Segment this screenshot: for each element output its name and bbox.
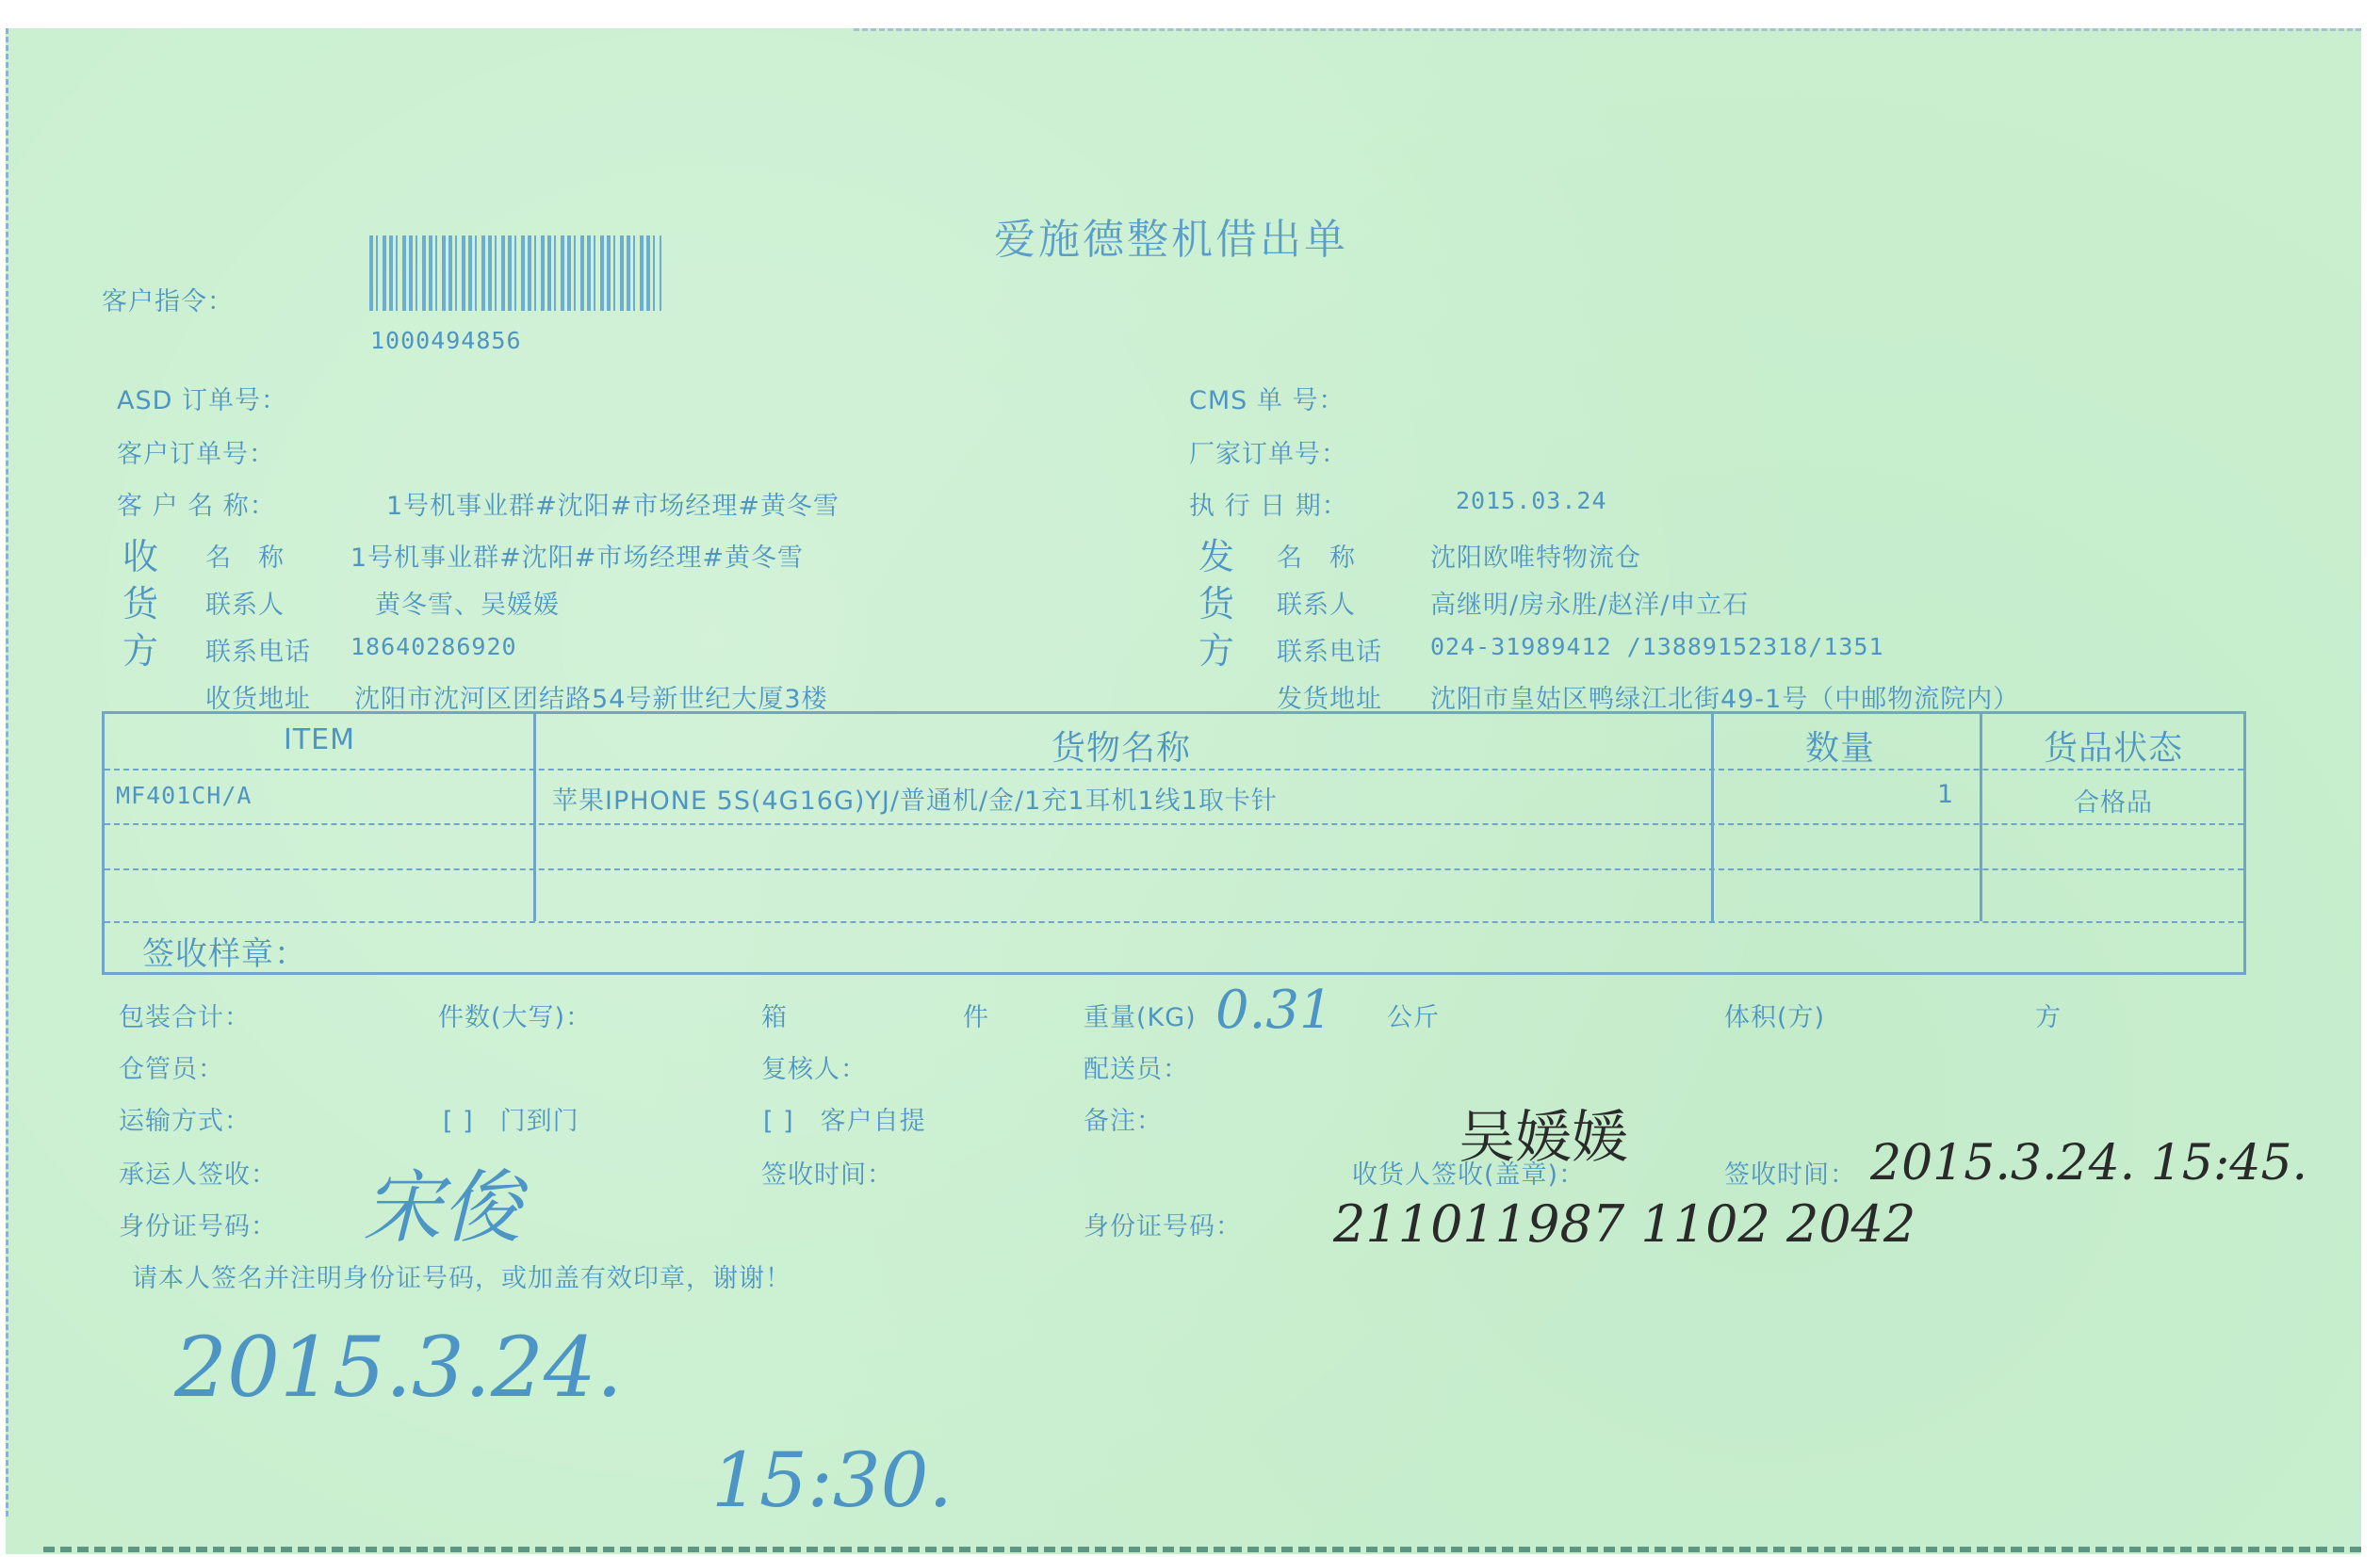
door-to-door-option[interactable]: [ ] 门到门 [443, 1100, 579, 1137]
sender-name-label: 名 称 [1277, 537, 1356, 574]
reviewer-label: 复核人： [761, 1048, 867, 1085]
receiver-address-value: 沈阳市沈河区团结路54号新世纪大厦3楼 [354, 678, 828, 715]
sender-contact-label: 联系人 [1277, 584, 1356, 621]
table-divider [105, 921, 2243, 923]
customer-instruction-number: 1000494856 [370, 327, 522, 354]
cms-order-label: CMS 单 号： [1189, 380, 1345, 416]
table-cell-status: 合格品 [2074, 782, 2153, 819]
receiver-side-char-1: 收 [122, 527, 159, 579]
sender-contact-value: 高继明/房永胜/赵洋/申立石 [1430, 584, 1749, 621]
carrier-signature: 宋俊 [363, 1144, 521, 1258]
table-col-divider [1980, 714, 1982, 921]
receiver-name-value: 1号机事业群#沈阳#市场经理#黄冬雪 [350, 537, 804, 574]
barcode [369, 235, 661, 311]
receiver-sign-time-label: 签收时间： [1724, 1154, 1856, 1191]
goods-table: ITEM 货物名称 数量 货品状态 MF401CH/A 苹果IPHONE 5S(… [102, 711, 2246, 975]
sender-address-label: 发货地址 [1277, 678, 1382, 715]
weight-unit: 公斤 [1387, 997, 1440, 1033]
stamp-label: 签收样章： [142, 928, 307, 974]
asd-order-label: ASD 订单号： [117, 380, 287, 416]
sender-address-value: 沈阳市皇姑区鸭绿江北街49-1号（中邮物流院内） [1430, 678, 2019, 715]
receiver-contact-label: 联系人 [205, 584, 285, 621]
carrier-sign-label: 承运人签收： [119, 1154, 277, 1191]
self-pickup-option[interactable]: [ ] 客户自提 [763, 1100, 926, 1137]
receiver-sign-time-value: 2015.3.24. 15:45. [1870, 1135, 2307, 1192]
volume-unit: 方 [2035, 997, 2062, 1033]
table-col-divider [533, 714, 536, 921]
receiver-id-value: 211011987 1102 2042 [1333, 1194, 1915, 1254]
table-header-item: ITEM [284, 723, 355, 756]
signature-notice: 请本人签名并注明身份证号码，或加盖有效印章，谢谢！ [132, 1257, 791, 1294]
receiver-address-label: 收货地址 [205, 678, 311, 715]
sender-name-value: 沈阳欧唯特物流仓 [1430, 537, 1641, 574]
table-col-divider [1711, 714, 1714, 921]
piece-label: 件 [963, 997, 989, 1033]
box-label: 箱 [761, 997, 788, 1033]
piece-count-label: 件数(大写)： [438, 997, 592, 1033]
weight-label: 重量(KG) [1084, 997, 1197, 1033]
warehouse-keeper-label: 仓管员： [119, 1048, 224, 1085]
transport-label: 运输方式： [119, 1100, 251, 1137]
receiver-name-label: 名 称 [205, 537, 285, 574]
receiver-side-char-2: 货 [122, 575, 159, 626]
perforation-left [6, 28, 8, 1516]
table-header-goods-name: 货物名称 [1051, 722, 1191, 770]
document-title: 爱施德整机借出单 [994, 205, 1348, 266]
sender-side-char-3: 方 [1198, 622, 1235, 673]
handwritten-time: 15:30. [711, 1436, 953, 1524]
carrier-id-label: 身份证号码： [119, 1206, 277, 1242]
handwritten-date: 2015.3.24. [174, 1319, 623, 1416]
customer-name-label: 客 户 名 称： [117, 485, 276, 522]
weight-value: 0.31 [1215, 980, 1333, 1041]
table-cell-goods-name: 苹果IPHONE 5S(4G16G)YJ/普通机/金/1充1耳机1线1取卡针 [552, 780, 1278, 817]
receiver-phone-label: 联系电话 [205, 631, 311, 668]
table-divider [105, 823, 2243, 825]
receiver-side-char-3: 方 [122, 622, 159, 673]
exec-date-value: 2015.03.24 [1456, 487, 1607, 514]
carrier-sign-time-label: 签收时间： [761, 1154, 893, 1191]
sender-side-char-1: 发 [1198, 527, 1235, 579]
table-header-quantity: 数量 [1805, 722, 1875, 770]
customer-name-value: 1号机事业群#沈阳#市场经理#黄冬雪 [386, 485, 840, 522]
perforation-top [854, 28, 2361, 31]
receiver-phone-value: 18640286920 [350, 633, 517, 660]
exec-date-label: 执 行 日 期： [1189, 485, 1348, 522]
perforation-bottom [43, 1547, 2361, 1552]
receiver-sign-label: 收货人签收(盖章)： [1352, 1154, 1585, 1191]
deliverer-label: 配送员： [1084, 1048, 1189, 1085]
receiver-id-label: 身份证号码： [1084, 1206, 1242, 1242]
package-total-label: 包装合计： [119, 997, 251, 1033]
receiver-contact-value: 黄冬雪、吴媛媛 [375, 584, 560, 621]
customer-order-label: 客户订单号： [117, 433, 275, 470]
customer-instruction-label: 客户指令： [102, 281, 234, 317]
factory-order-label: 厂家订单号： [1189, 433, 1347, 470]
remarks-label: 备注： [1084, 1100, 1163, 1137]
sender-phone-value: 024-31989412 /13889152318/1351 [1430, 633, 1884, 660]
table-divider [105, 868, 2243, 870]
sender-phone-label: 联系电话 [1277, 631, 1382, 668]
table-header-status: 货品状态 [2044, 722, 2183, 770]
table-cell-item: MF401CH/A [116, 782, 252, 809]
table-cell-quantity: 1 [1937, 780, 1954, 809]
volume-label: 体积(方) [1724, 997, 1825, 1033]
sender-side-char-2: 货 [1198, 575, 1235, 626]
